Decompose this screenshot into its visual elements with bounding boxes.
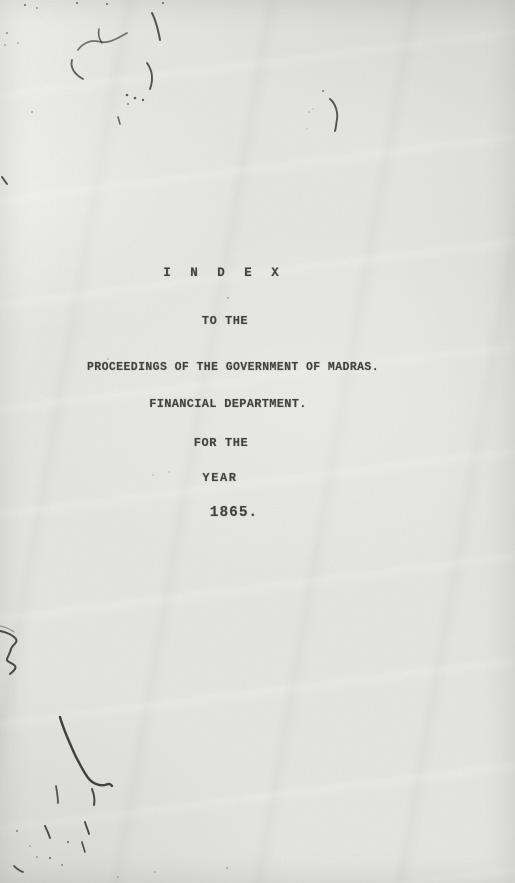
title-line-index: I N D E X [163, 266, 285, 280]
title-line-year: YEAR [202, 471, 237, 485]
title-line-1865: 1865. [210, 505, 259, 521]
title-line-to-the: TO THE [202, 314, 248, 328]
title-block: I N D E X TO THE PROCEEDINGS OF THE GOVE… [0, 0, 515, 883]
title-line-financial-department: FINANCIAL DEPARTMENT. [149, 397, 307, 411]
scanned-page: I N D E X TO THE PROCEEDINGS OF THE GOVE… [0, 0, 515, 883]
title-line-proceedings: PROCEEDINGS OF THE GOVERNMENT OF MADRAS. [87, 361, 379, 374]
title-line-for-the: FOR THE [194, 436, 249, 450]
